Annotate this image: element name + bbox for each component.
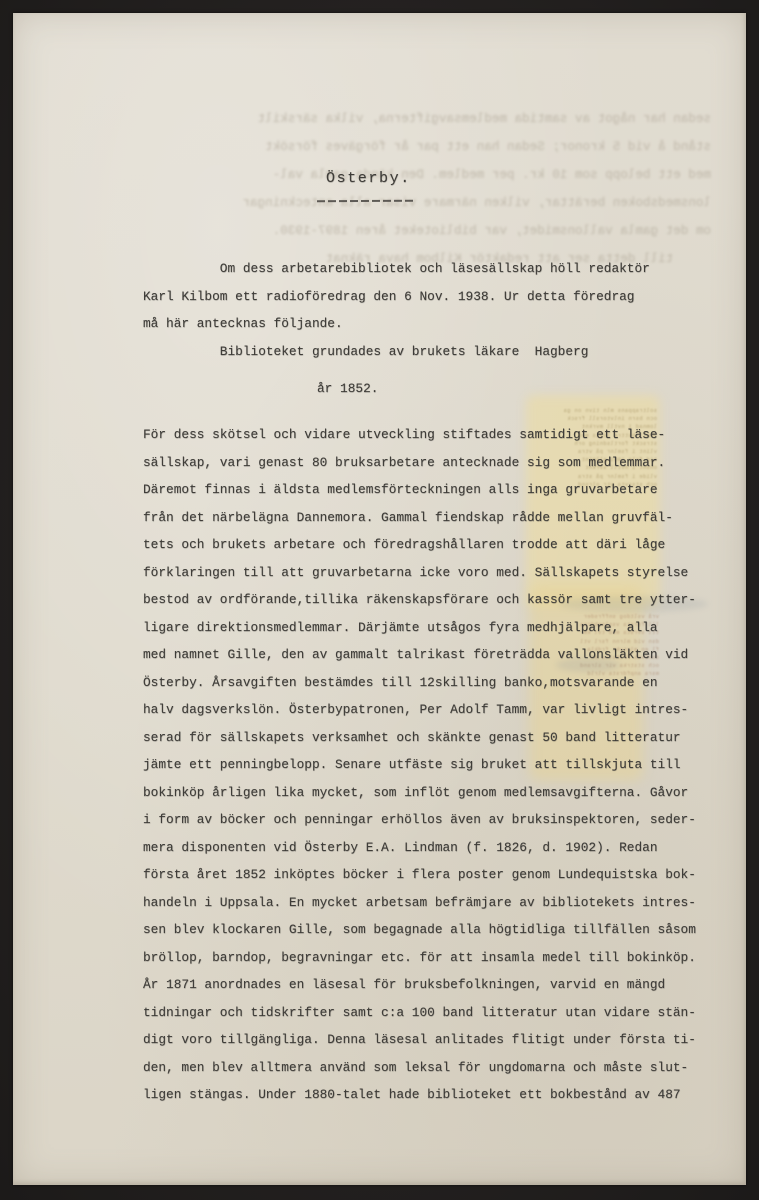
document-page: sedan har något av samtida medlemsavgift… — [13, 13, 746, 1185]
document-title: Österby. — [326, 168, 411, 190]
year-line: år 1852. — [317, 375, 378, 403]
title-underline — [317, 200, 414, 203]
bleedthrough-text-top: sedan har något av samtida medlemsavgift… — [131, 105, 711, 273]
scan-background: sedan har något av samtida medlemsavgift… — [0, 0, 759, 1200]
paragraph-body: För dess skötsel och vidare utveckling s… — [143, 421, 718, 1109]
paragraph-intro: Om dess arbetarebibliotek och läsesällsk… — [143, 255, 718, 365]
